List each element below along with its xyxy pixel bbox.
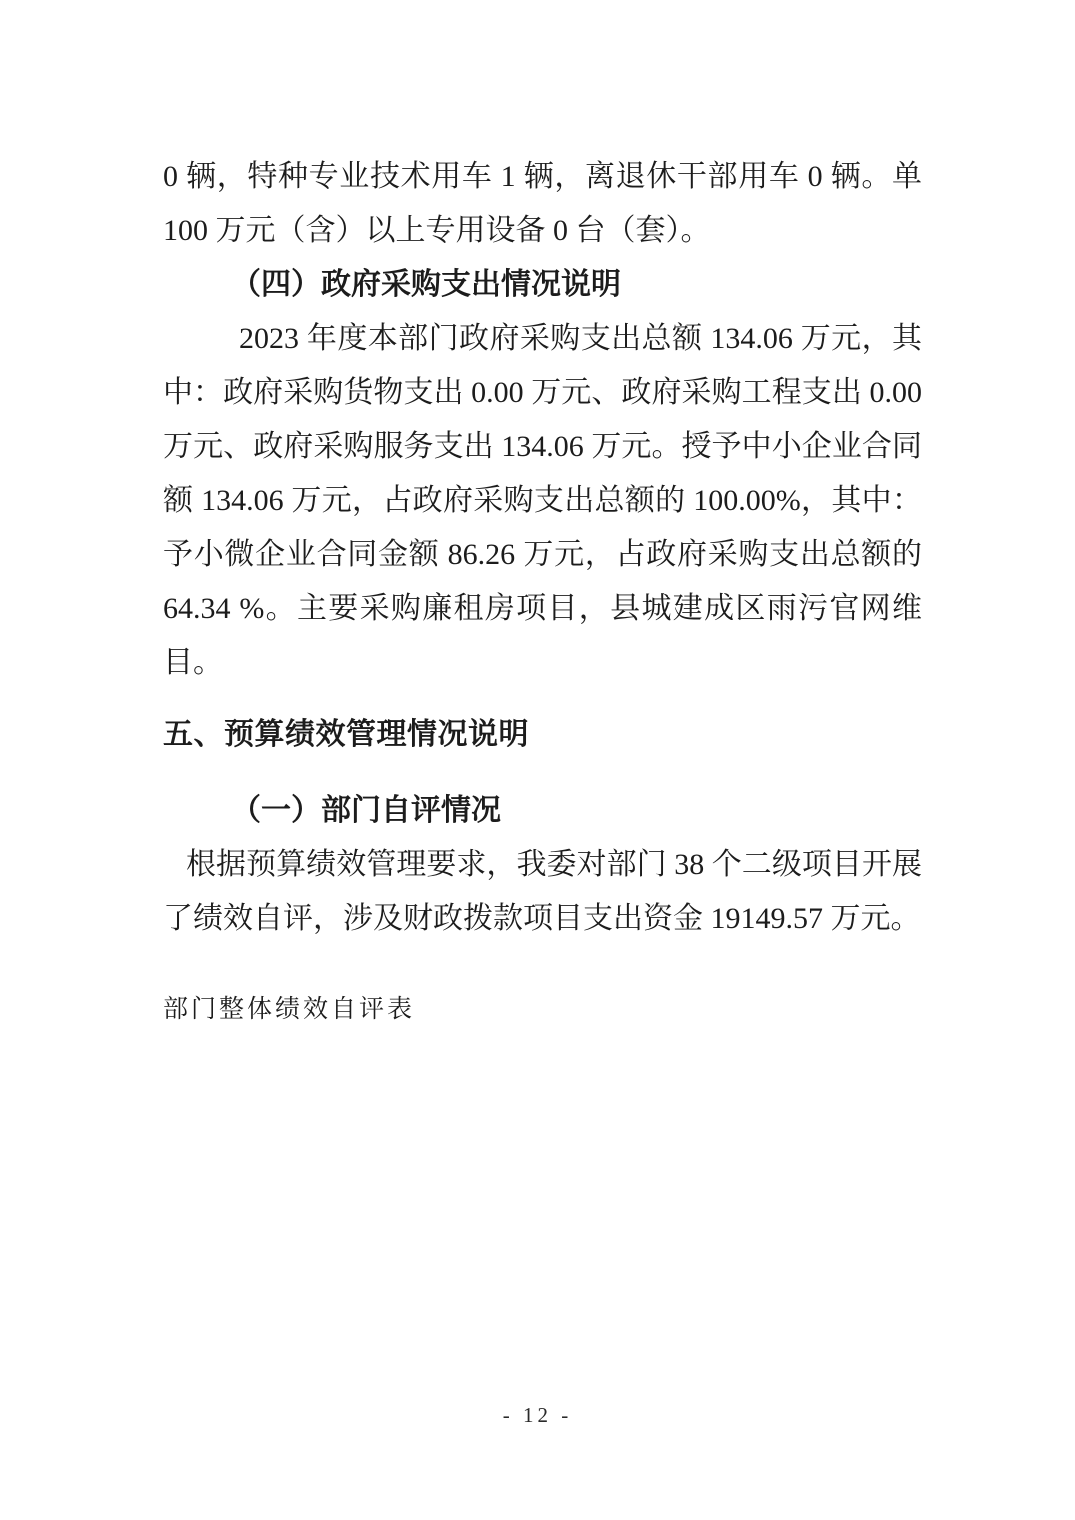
text-line: 2023 年度本部门政府采购支出总额 134.06 万元，其 [163, 312, 922, 366]
heading-section-five-performance: 五、预算绩效管理情况说明 [163, 708, 922, 762]
document-body: 0 辆，特种专业技术用车 1 辆，离退休干部用车 0 辆。单价 100 万元（含… [163, 150, 922, 1030]
text-line: 额 134.06 万元，占政府采购支出总额的 100.00%，其中：授 [163, 474, 922, 528]
heading-section-four-procurement: （四）政府采购支出情况说明 [163, 258, 922, 312]
text-line: 64.34 %。主要采购廉租房项目，县城建成区雨污官网维护项 [163, 582, 922, 636]
paragraph-self-evaluation: 根据预算绩效管理要求，我委对部门 38 个二级项目开展 了绩效自评，涉及财政拨款… [163, 838, 922, 946]
text-line: 100 万元（含）以上专用设备 0 台（套）。 [163, 204, 922, 258]
page-number: - 12 - [0, 1400, 1075, 1430]
paragraph-procurement-detail: 2023 年度本部门政府采购支出总额 134.06 万元，其 中：政府采购货物支… [163, 312, 922, 690]
table-caption: 部门整体绩效自评表 [163, 990, 922, 1030]
text-line: 目。 [163, 636, 922, 690]
text-line: 予小微企业合同金额 86.26 万元，占政府采购支出总额的 [163, 528, 922, 582]
paragraph-vehicles-equipment: 0 辆，特种专业技术用车 1 辆，离退休干部用车 0 辆。单价 100 万元（含… [163, 150, 922, 258]
text-line: 了绩效自评，涉及财政拨款项目支出资金 19149.57 万元。 [163, 892, 922, 946]
document-page: 0 辆，特种专业技术用车 1 辆，离退休干部用车 0 辆。单价 100 万元（含… [0, 0, 1075, 1520]
text-line: 根据预算绩效管理要求，我委对部门 38 个二级项目开展 [163, 838, 922, 892]
text-line: 万元、政府采购服务支出 134.06 万元。授予中小企业合同金 [163, 420, 922, 474]
heading-section-five-one-self-eval: （一）部门自评情况 [163, 784, 922, 838]
text-line: 0 辆，特种专业技术用车 1 辆，离退休干部用车 0 辆。单价 [163, 150, 922, 204]
text-line: 中：政府采购货物支出 0.00 万元、政府采购工程支出 0.00 [163, 366, 922, 420]
